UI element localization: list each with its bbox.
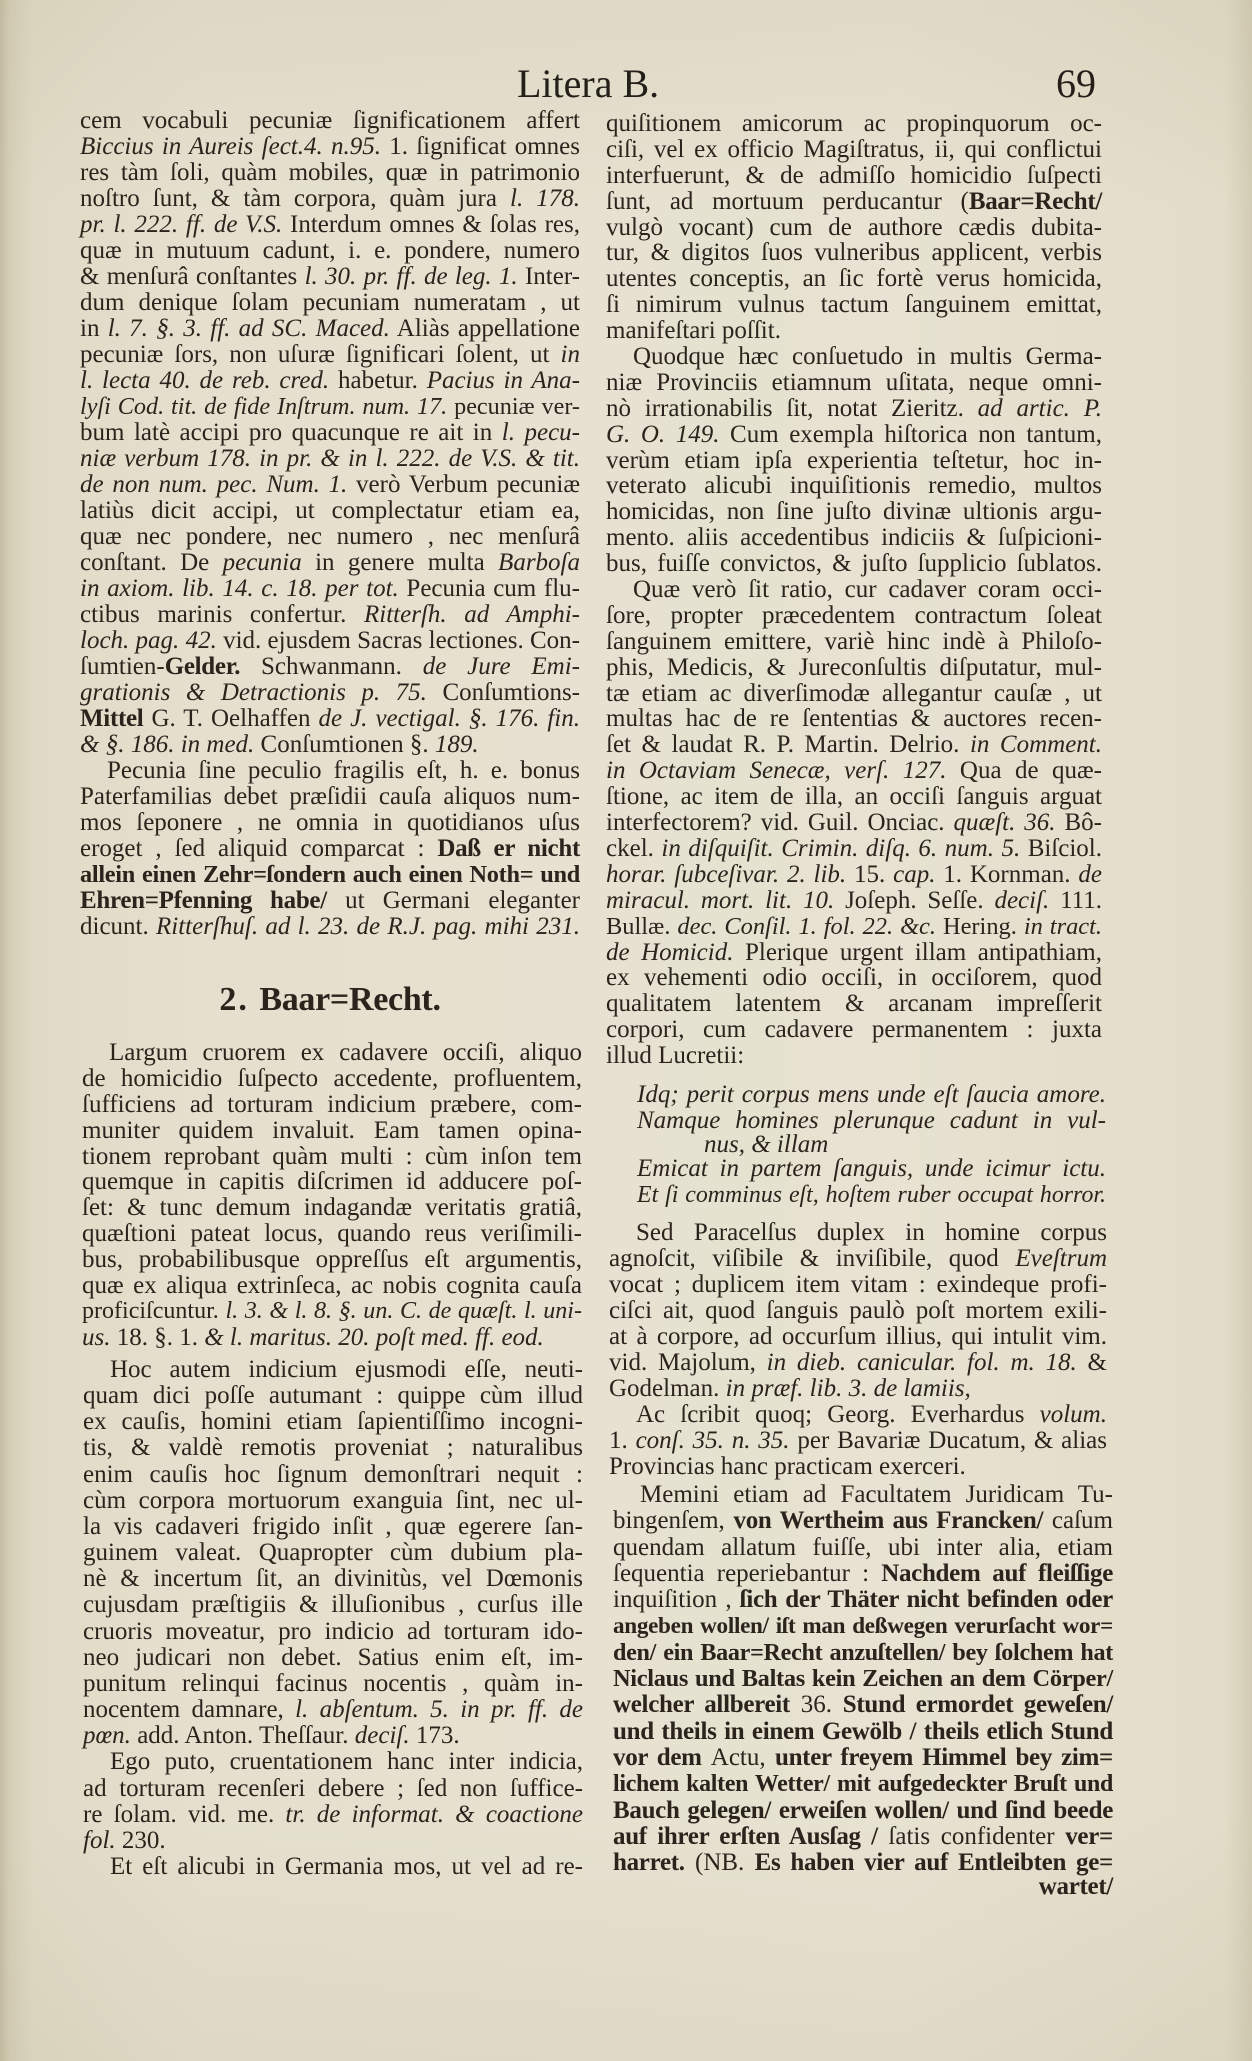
italic-text: in tract. — [1024, 913, 1102, 940]
fraktur-text: vor dem — [613, 1744, 711, 1771]
text-line: fol. 230. — [83, 1828, 583, 1854]
right-column-bottom: Memini etiam ad Facultatem Juridicam Tu-… — [613, 1482, 1113, 1876]
text-line: G. O. 149. Cum exempla hiſtorica non tan… — [606, 422, 1102, 448]
roman-text: Paterfamilias debet præſidii cauſa aliqu… — [80, 783, 580, 810]
fraktur-text: welcher allbereit — [613, 1691, 790, 1718]
roman-text: Et eſt alicubi in Germania mos, ut vel a… — [110, 1853, 583, 1880]
text-line: Hoc autem indicium ejusmodi eſſe, neuti- — [83, 1357, 583, 1383]
text-line: bum latè accipi pro quacunque re ait in … — [80, 420, 580, 446]
roman-text: Hering. — [936, 913, 1024, 940]
fraktur-text: ver= — [1065, 1823, 1113, 1850]
text-line: ſunt, ad mortuum perducantur (Baar=Recht… — [606, 189, 1102, 215]
text-line: Biccius in Aureis ſect.4. n.95. 1. ſigni… — [80, 134, 580, 160]
text-line: quæ in mutuum cadunt, i. e. pondere, num… — [80, 238, 580, 264]
text-line: cruoris moveatur, pro indicio ad tortura… — [83, 1619, 583, 1645]
text-line: multas hac de re ſententias & auctores r… — [606, 706, 1102, 732]
roman-text: Bô- — [1056, 809, 1102, 836]
text-line: allein einen Zehr=ſondern auch einen Not… — [80, 862, 580, 888]
section-number: 2. — [219, 981, 259, 1018]
text-line: vor dem Actu, unter freyem Himmel bey zi… — [613, 1745, 1113, 1771]
roman-text: la vis cadaveri frigido inſit , quæ eger… — [83, 1513, 583, 1540]
roman-text: eroget , ſed aliquid comparcat : — [80, 835, 437, 862]
text-line: nò irrationabilis ſit, notat Zieritz. ad… — [606, 396, 1102, 422]
text-line: corpori, cum cadavere permanentem : juxt… — [606, 1017, 1102, 1043]
roman-text: Pecunia cum flu- — [399, 575, 580, 602]
roman-text: vocat ; duplicem item vitam : exindeque … — [609, 1271, 1107, 1298]
roman-text: (NB. — [685, 1849, 755, 1876]
roman-text: Bullæ. — [606, 913, 677, 940]
text-line: pecuniæ ſors, non uſuræ ſignificari ſole… — [80, 342, 580, 368]
roman-text: ſufficiens ad torturam indicium præbere,… — [82, 1091, 582, 1118]
roman-text: guinem valeat. Quapropter cùm dubium pla… — [83, 1539, 583, 1566]
right-column-top: quiſitionem amicorum ac propinquorum oc-… — [606, 111, 1102, 1069]
roman-text: mos ſeponere , ne omnia in quotidianos u… — [80, 809, 580, 836]
roman-text: 111. — [1049, 887, 1102, 914]
text-line: Mittel G. T. Oelhaffen de J. vectigal. §… — [80, 706, 580, 732]
running-head: Litera B. — [517, 64, 659, 104]
roman-text: Qua de quæ- — [946, 757, 1102, 784]
roman-text: ſet: & tunc demum indagandæ veritatis gr… — [82, 1194, 582, 1221]
roman-text: ut Germani eleganter — [327, 887, 580, 914]
text-line: quiſitionem amicorum ac propinquorum oc- — [606, 111, 1102, 137]
fraktur-text: allein einen Zehr=ſondern auch einen Not… — [80, 861, 580, 888]
italic-text: horar. ſubceſivar. 2. lib. — [606, 861, 846, 888]
roman-text: cruoris moveatur, pro indicio ad tortura… — [83, 1618, 583, 1645]
roman-text: latiùs dicit accipi, ut complectatur eti… — [80, 497, 580, 524]
italic-text: de Homicid. — [606, 939, 733, 966]
text-line: nocentem damnare, l. abſentum. 5. in pr.… — [83, 1697, 583, 1723]
fraktur-text: lichem kalten Wetter/ mit aufgedeckter B… — [613, 1771, 1113, 1797]
text-line: & §. 186. in med. Conſumtionen §. 189. — [80, 732, 580, 758]
roman-text: Joſeph. Seſſe. — [834, 887, 994, 914]
roman-text: Aliàs appellatione — [390, 315, 580, 342]
text-line: ſi nimirum vulnus tactum ſanguinem emitt… — [606, 292, 1102, 318]
text-line: lyſi Cod. tit. de fide Inſtrum. num. 17.… — [80, 394, 580, 420]
roman-text: vid. ejusdem Sacras lectiones. Con- — [217, 627, 580, 654]
verse-line: Emicat in partem ſanguis, unde icimur ic… — [606, 1156, 1106, 1182]
text-line: proficiſcuntur. l. 3. & l. 8. §. un. C. … — [82, 1299, 582, 1325]
text-line: Et eſt alicubi in Germania mos, ut vel a… — [83, 1854, 583, 1880]
roman-text: multas hac de re ſententias & auctores r… — [606, 705, 1102, 732]
fraktur-text: angeben wollen/ iſt man deßwegen verurſa… — [613, 1613, 1113, 1639]
roman-text: inquiſition , — [613, 1586, 740, 1613]
roman-text: nè & incertum ſit, an divinitùs, vel Dœm… — [83, 1565, 583, 1592]
italic-text: de — [1078, 861, 1102, 888]
verse-quote: Idq; perit corpus mens unde eſt ſaucia a… — [606, 1082, 1106, 1208]
fraktur-text: Stund ermordet geweſen/ — [843, 1691, 1113, 1718]
italic-text: l. pecu- — [502, 419, 580, 446]
fraktur-text: auf ihrer erſten Ausſag / — [613, 1823, 878, 1850]
roman-text: vid. Majolum, — [609, 1349, 767, 1376]
italic-text: grationis & Detractionis p. 75. — [80, 679, 427, 706]
roman-text: bum latè accipi pro quacunque re ait in — [80, 419, 502, 446]
text-line: Pecunia ſine peculio fragilis eſt, h. e.… — [80, 758, 580, 784]
text-line: und theils in einem Gewölb / theils etli… — [613, 1719, 1113, 1745]
roman-text: mento. aliis accedentibus indiciis & ſuſ… — [606, 524, 1102, 551]
text-line: phis, Medicis, & Jureconſultis diſputatu… — [606, 655, 1102, 681]
italic-text: l. abſentum. 5. in pr. ff. de — [295, 1696, 583, 1723]
text-line: auf ihrer erſten Ausſag / ſatis confiden… — [613, 1824, 1113, 1850]
text-line: cem vocabuli pecuniæ ſignificationem aff… — [80, 108, 580, 134]
fraktur-text: harret. — [613, 1849, 685, 1876]
italic-text: Et ſi comminus eſt, hoſtem ruber occupat… — [637, 1182, 1106, 1208]
text-line: homicidas, non ſine juſto divinæ ultioni… — [606, 499, 1102, 525]
italic-text: l. 3. & l. 8. §. un. C. de quæſt. l. uni… — [225, 1298, 582, 1324]
italic-text: pr. l. 222. ff. de V.S. — [80, 211, 282, 238]
text-line: pœn. add. Anton. Theſſaur. deciſ. 173. — [83, 1723, 583, 1749]
roman-text: Ac ſcribit quoq; Georg. Everhardus — [636, 1401, 1040, 1428]
text-line: ciſci ait, quod ſanguis paulò poſt morte… — [609, 1298, 1107, 1324]
roman-text: ſanguinem emittere, variè hinc indè à Ph… — [606, 628, 1102, 655]
left-column-top: cem vocabuli pecuniæ ſignificationem aff… — [80, 108, 580, 941]
italic-text: cap. — [893, 861, 935, 888]
roman-text: ad torturam recenſeri debere ; ſed non ſ… — [83, 1775, 583, 1802]
roman-text: nocentem damnare, — [83, 1696, 295, 1723]
italic-text: l. 30. pr. ff. de leg. 1. — [305, 263, 518, 290]
fraktur-text: Niclaus und Baltas kein Zeichen an dem C… — [613, 1665, 1113, 1692]
italic-text: in axiom. lib. 14. c. 18. per tot. — [80, 575, 399, 602]
roman-text: ctibus marinis confertur. — [80, 601, 364, 628]
text-line: de non num. pec. Num. 1. verò Verbum pec… — [80, 472, 580, 498]
text-line: la vis cadaveri frigido inſit , quæ eger… — [83, 1514, 583, 1540]
roman-text: ſi nimirum vulnus tactum ſanguinem emitt… — [606, 291, 1102, 318]
section-title: Baar=Recht. — [259, 981, 440, 1018]
text-line: de homicidio ſuſpecto accedente, proflue… — [82, 1066, 582, 1092]
roman-text: 18. §. 1. — [110, 1324, 204, 1351]
roman-text: tur, & digitos ſuos vulneribus applicent… — [606, 239, 1102, 266]
text-line: dicunt. Ritterſhuſ. ad l. 23. de R.J. pa… — [80, 914, 580, 940]
text-line: ſet: & tunc demum indagandæ veritatis gr… — [82, 1195, 582, 1221]
text-line: ex cauſis, homini etiam ſapientiſſimo in… — [83, 1409, 583, 1435]
fraktur-text: den/ ein Baar=Recht anzuſtellen/ bey ſol… — [613, 1639, 1113, 1666]
roman-text: 1. — [609, 1427, 636, 1454]
italic-text: Eveſtrum — [1015, 1245, 1107, 1272]
italic-text: in — [561, 341, 580, 368]
roman-text: Schwanmann. — [240, 653, 423, 680]
italic-text: loch. pag. 42. — [80, 627, 217, 654]
text-line: latiùs dicit accipi, ut complectatur eti… — [80, 498, 580, 524]
roman-text: verò Verbum pecuniæ — [347, 471, 580, 498]
italic-text: Namque homines plerunque cadunt in vul- — [637, 1107, 1106, 1134]
roman-text: qualitatem latentem & arcanam impreſſeri… — [606, 990, 1102, 1017]
text-line: interfuerunt, & de admiſſo homicidio ſuſ… — [606, 163, 1102, 189]
italic-text: in Octaviam Senecæ, verſ. 127. — [606, 757, 946, 784]
text-line: neo judicari non debet. Satius enim eſt,… — [83, 1645, 583, 1671]
roman-text: vulgò vocant) cum de authore cædis dubit… — [606, 214, 1102, 241]
roman-text: Conſumtionen §. — [254, 731, 435, 758]
roman-text: ex cauſis, homini etiam ſapientiſſimo in… — [83, 1408, 583, 1435]
italic-text: Ritterſh. ad Amphi- — [364, 601, 580, 628]
text-line: Niclaus und Baltas kein Zeichen an dem C… — [613, 1666, 1113, 1692]
text-line: l. lecta 40. de reb. cred. habetur. Paci… — [80, 368, 580, 394]
italic-text: Pacius in Ana- — [427, 367, 580, 394]
text-line: manifeſtari poſſit. — [606, 318, 1102, 344]
text-line: Memini etiam ad Facultatem Juridicam Tu- — [613, 1482, 1113, 1508]
text-line: horar. ſubceſivar. 2. lib. 15. cap. 1. K… — [606, 862, 1102, 888]
text-line: ſore, propter præcedentem contractum ſol… — [606, 603, 1102, 629]
roman-text: quæ nec pondere, nec numero , nec menſur… — [80, 523, 580, 550]
text-line: angeben wollen/ iſt man deßwegen verurſa… — [613, 1613, 1113, 1639]
roman-text: tis, & valdè remotis proveniat ; natural… — [83, 1434, 583, 1461]
roman-text: res tàm ſoli, quàm mobiles, quæ in patri… — [80, 159, 580, 186]
verse-line: nus, & illam — [606, 1134, 1106, 1156]
right-column-middle: Sed Paracelſus duplex in homine corpus a… — [609, 1220, 1107, 1480]
text-line: ſet & laudat R. P. Martin. Delrio. in Co… — [606, 732, 1102, 758]
text-line: enim cauſis hoc ſignum demonſtrari nequi… — [83, 1462, 583, 1488]
roman-text: manifeſtari poſſit. — [606, 317, 781, 344]
italic-text: us. — [82, 1324, 110, 1351]
text-line: interfectorem? vid. Guil. Onciac. quæſt.… — [606, 810, 1102, 836]
text-line: ſufficiens ad torturam indicium præbere,… — [82, 1092, 582, 1118]
roman-text: Pecunia ſine peculio fragilis eſt, h. e.… — [107, 757, 580, 784]
roman-text: Plerique urgent illam antipathiam, — [733, 939, 1102, 966]
text-line: & menſurâ conſtantes l. 30. pr. ff. de l… — [80, 264, 580, 290]
roman-text: Inter- — [518, 263, 580, 290]
text-line: vulgò vocant) cum de authore cædis dubit… — [606, 215, 1102, 241]
text-line: quæ nec pondere, nec numero , nec menſur… — [80, 524, 580, 550]
italic-text: & §. 186. in med. — [80, 731, 254, 758]
text-line: Bullæ. dec. Conſil. 1. fol. 22. &c. Heri… — [606, 914, 1102, 940]
italic-text: Idq; perit corpus mens unde eſt ſaucia a… — [637, 1081, 1106, 1108]
text-line: Ehren=Pfenning habe/ ut Germani elegante… — [80, 888, 580, 914]
text-line: res tàm ſoli, quàm mobiles, quæ in patri… — [80, 160, 580, 186]
roman-text: 15. — [846, 861, 893, 888]
roman-text: at à corpore, ad occurſum illius, qui in… — [609, 1323, 1107, 1350]
italic-text: deciſ. — [994, 887, 1049, 914]
fraktur-text: und theils in einem Gewölb / theils etli… — [613, 1718, 1113, 1745]
roman-text: ciſci ait, quod ſanguis paulò poſt morte… — [609, 1297, 1107, 1324]
roman-text: Cum exempla hiſtorica non tantum, — [719, 421, 1102, 448]
fraktur-text: unter freyem Himmel bey zim= — [775, 1744, 1113, 1771]
roman-text: tionem reprobant quàm multi : cùm inſon … — [82, 1143, 582, 1170]
roman-text: 230. — [116, 1827, 166, 1854]
roman-text: bus, probabilibusque oppreſſus eſt argum… — [82, 1246, 582, 1273]
roman-text: ſatis confidenter — [878, 1823, 1065, 1850]
text-line: Ego puto, cruentationem hanc inter indic… — [83, 1749, 583, 1775]
roman-text: Largum cruorem ex cadavere occiſi, aliqu… — [109, 1039, 582, 1066]
italic-text: in diſquiſit. Crimin. diſq. 6. num. 5. — [661, 835, 1020, 862]
text-line: mento. aliis accedentibus indiciis & ſuſ… — [606, 525, 1102, 551]
roman-text: cùm corpora mortuorum exanguia ſint, nec… — [83, 1487, 583, 1514]
fraktur-text: Bauch gelegen/ erweiſen wollen/ und ſind… — [613, 1797, 1113, 1824]
roman-text: cujusdam præſtigiis & illuſionibus , cur… — [83, 1591, 583, 1618]
italic-text: pecunia — [223, 549, 302, 576]
text-line: vocat ; duplicem item vitam : exindeque … — [609, 1272, 1107, 1298]
roman-text: corpori, cum cadavere permanentem : juxt… — [606, 1016, 1102, 1043]
text-line: Quæ verò ſit ratio, cur cadaver coram oc… — [606, 577, 1102, 603]
text-line: dum denique ſolam pecuniam numeratam , u… — [80, 290, 580, 316]
text-line: Sed Paracelſus duplex in homine corpus — [609, 1220, 1107, 1246]
text-line: 1. conſ. 35. n. 35. per Bavariæ Ducatum,… — [609, 1428, 1107, 1454]
fraktur-text: Ehren=Pfenning habe/ — [80, 887, 327, 914]
roman-text: proficiſcuntur. — [82, 1298, 225, 1324]
text-line: den/ ein Baar=Recht anzuſtellen/ bey ſol… — [613, 1640, 1113, 1666]
italic-text: tr. de informat. & coactione — [285, 1801, 583, 1828]
roman-text: tæ etiam ac diverſimodæ allegantur cauſæ… — [606, 680, 1102, 707]
roman-text: quæ ex aliqua extrinſeca, ac nobis cogni… — [82, 1272, 582, 1299]
italic-text: nus, & illam — [704, 1131, 828, 1158]
italic-text: in Comment. — [970, 731, 1102, 758]
verse-line: Idq; perit corpus mens unde eſt ſaucia a… — [606, 1082, 1106, 1108]
roman-text: interfuerunt, & de admiſſo homicidio ſuſ… — [606, 162, 1102, 189]
left-column-middle: Largum cruorem ex cadavere occiſi, aliqu… — [82, 1040, 582, 1351]
roman-text: Hoc autem indicium ejusmodi eſſe, neuti- — [110, 1356, 583, 1383]
text-line: ſequentia reperiebantur : Nachdem auf fl… — [613, 1561, 1113, 1587]
text-line: niæ verbum 178. in pr. & in l. 222. de V… — [80, 446, 580, 472]
italic-text: l. 178. — [510, 185, 580, 212]
roman-text: quam dici poſſe autumant : quippe cùm il… — [83, 1382, 583, 1409]
italic-text: de Jure Emi- — [423, 653, 580, 680]
roman-text: pecuniæ ſors, non uſuræ ſignificari ſole… — [80, 341, 561, 368]
roman-text: muniter quidem invaluit. Eam tamen opina… — [82, 1117, 582, 1144]
roman-text: 173. — [410, 1722, 460, 1749]
roman-text: quemque in capitis diſcrimen id adducere… — [82, 1168, 582, 1195]
italic-text: niæ verbum 178. in pr. & in l. 222. de V… — [80, 445, 580, 472]
italic-text: lyſi Cod. tit. de fide Inſtrum. num. 17. — [80, 393, 447, 420]
text-line: muniter quidem invaluit. Eam tamen opina… — [82, 1118, 582, 1144]
text-line: ctibus marinis confertur. Ritterſh. ad A… — [80, 602, 580, 628]
text-line: nè & incertum ſit, an divinitùs, vel Dœm… — [83, 1566, 583, 1592]
fraktur-text: Mittel — [80, 705, 143, 732]
roman-text: bingenſem, — [613, 1507, 734, 1534]
roman-text: Provincias hanc practicam exerceri. — [609, 1453, 966, 1480]
roman-text: ſumtien- — [80, 653, 165, 680]
text-line: pr. l. 222. ff. de V.S. Interdum omnes &… — [80, 212, 580, 238]
text-line: welcher allbereit 36. Stund ermordet gew… — [613, 1692, 1113, 1718]
italic-text: l. 7. §. 3. ff. ad SC. Maced. — [108, 315, 390, 342]
roman-text: conſtant. De — [80, 549, 223, 576]
fraktur-text: Daß er nicht — [437, 835, 580, 862]
roman-text: illud Lucretii: — [606, 1042, 744, 1069]
text-line: Largum cruorem ex cadavere occiſi, aliqu… — [82, 1040, 582, 1066]
roman-text: ſore, propter præcedentem contractum ſol… — [606, 602, 1102, 629]
text-line: re ſolam. vid. me. tr. de informat. & co… — [83, 1802, 583, 1828]
text-line: cùm corpora mortuorum exanguia ſint, nec… — [83, 1488, 583, 1514]
text-line: ciſi, vel ex officio Magiſtratus, ii, qu… — [606, 137, 1102, 163]
roman-text: caſum — [1043, 1507, 1113, 1534]
italic-text: Biccius in Aureis ſect.4. n.95. — [80, 133, 381, 160]
italic-text: Barboſa — [498, 549, 580, 576]
roman-text: Biſciol. — [1020, 835, 1102, 862]
italic-text: l. lecta 40. de reb. cred. — [80, 367, 329, 394]
text-line: Godelman. in præf. lib. 3. de lamiis, — [609, 1376, 1107, 1402]
text-line: quam dici poſſe autumant : quippe cùm il… — [83, 1383, 583, 1409]
roman-text: Conſumtions- — [427, 679, 580, 706]
roman-text: 1. ſignificat omnes — [381, 133, 580, 160]
roman-text: niæ Provinciis etiamnum uſitata, neque o… — [606, 369, 1102, 396]
roman-text: 36. — [790, 1691, 843, 1718]
roman-text: per Bavariæ Ducatum, & alias — [790, 1427, 1107, 1454]
italic-text: ad artic. P. — [978, 395, 1102, 422]
roman-text: 1. Kornman. — [935, 861, 1078, 888]
roman-text: ex vehementi odio occiſi, in occiſorem, … — [606, 964, 1102, 991]
text-line: niæ Provinciis etiamnum uſitata, neque o… — [606, 370, 1102, 396]
text-line: quæ ex aliqua extrinſeca, ac nobis cogni… — [82, 1273, 582, 1299]
text-line: inquiſition , ſich der Thäter nicht befi… — [613, 1587, 1113, 1613]
text-line: grationis & Detractionis p. 75. Conſumti… — [80, 680, 580, 706]
italic-text: quæſt. 36. — [954, 809, 1056, 836]
fraktur-text: ſich der Thäter nicht befinden oder — [740, 1586, 1113, 1613]
roman-text: Sed Paracelſus duplex in homine corpus — [636, 1219, 1107, 1246]
text-line: Paterfamilias debet præſidii cauſa aliqu… — [80, 784, 580, 810]
text-line: eroget , ſed aliquid comparcat : Daß er … — [80, 836, 580, 862]
roman-text: ſet & laudat R. P. Martin. Delrio. — [606, 731, 970, 758]
text-line: noſtro ſunt, & tàm corpora, quàm jura l.… — [80, 186, 580, 212]
text-line: qualitatem latentem & arcanam impreſſeri… — [606, 991, 1102, 1017]
roman-text: quæ in mutuum cadunt, i. e. pondere, num… — [80, 237, 580, 264]
text-line: Ac ſcribit quoq; Georg. Everhardus volum… — [609, 1402, 1107, 1428]
text-line: bingenſem, von Wertheim aus Francken/ ca… — [613, 1508, 1113, 1534]
roman-text: & menſurâ conſtantes — [80, 263, 305, 290]
text-line: ad torturam recenſeri debere ; ſed non ſ… — [83, 1776, 583, 1802]
roman-text: cem vocabuli pecuniæ ſignificationem aff… — [80, 107, 580, 134]
text-line: tæ etiam ac diverſimodæ allegantur cauſæ… — [606, 681, 1102, 707]
roman-text: habetur. — [329, 367, 427, 394]
text-line: quæſtioni pateat locus, quando reus veri… — [82, 1221, 582, 1247]
left-column-bottom: Hoc autem indicium ejusmodi eſſe, neuti-… — [83, 1357, 583, 1880]
text-line: conſtant. De pecunia in genere multa Bar… — [80, 550, 580, 576]
roman-text: utentes conceptis, an ſic fortè verus ho… — [606, 265, 1102, 292]
text-line: tis, & valdè remotis proveniat ; natural… — [83, 1435, 583, 1461]
roman-text: nò irrationabilis ſit, notat Zieritz. — [606, 395, 978, 422]
text-line: ſtione, ac item de illa, an occiſi ſangu… — [606, 784, 1102, 810]
verse-line: Namque homines plerunque cadunt in vul- — [606, 1108, 1106, 1134]
roman-text: ſequentia reperiebantur : — [613, 1560, 881, 1587]
text-line: loch. pag. 42. vid. ejusdem Sacras lecti… — [80, 628, 580, 654]
italic-text: fol. — [83, 1827, 116, 1854]
text-line: miracul. mort. lit. 10. Joſeph. Seſſe. d… — [606, 888, 1102, 914]
roman-text: enim cauſis hoc ſignum demonſtrari nequi… — [83, 1461, 583, 1488]
italic-text: deciſ. — [355, 1722, 410, 1749]
roman-text: punitum relinqui facinus nocentis , quàm… — [83, 1670, 583, 1697]
roman-text: quæſtioni pateat locus, quando reus veri… — [82, 1220, 582, 1247]
text-line: cujusdam præſtigiis & illuſionibus , cur… — [83, 1592, 583, 1618]
text-line: bus, fuiſſe convictos, & juſto ſupplicio… — [606, 551, 1102, 577]
fraktur-text: Nachdem auf fleiſſige — [881, 1560, 1113, 1587]
text-line: tionem reprobant quàm multi : cùm inſon … — [82, 1144, 582, 1170]
text-line: tur, & digitos ſuos vulneribus applicent… — [606, 240, 1102, 266]
text-line: ſanguinem emittere, variè hinc indè à Ph… — [606, 629, 1102, 655]
roman-text: in — [80, 315, 108, 342]
text-line: ſumtien-Gelder. Schwanmann. de Jure Emi- — [80, 654, 580, 680]
catchword: wartet/ — [613, 1874, 1113, 1900]
roman-text: & — [1077, 1349, 1107, 1376]
italic-text: in præf. lib. 3. de lamiis, — [726, 1375, 971, 1402]
text-line: at à corpore, ad occurſum illius, qui in… — [609, 1324, 1107, 1350]
italic-text: & l. maritus. 20. poſt med. ff. eod. — [204, 1324, 544, 1351]
text-line: quemque in capitis diſcrimen id adducere… — [82, 1169, 582, 1195]
roman-text: in genere multa — [302, 549, 498, 576]
text-line: quendam allatum fuiſſe, ubi inter alia, … — [613, 1535, 1113, 1561]
italic-text: dec. Conſil. 1. fol. 22. &c. — [677, 913, 936, 940]
italic-text: volum. — [1040, 1401, 1107, 1428]
roman-text: ſtione, ac item de illa, an occiſi ſangu… — [606, 783, 1102, 810]
roman-text: Interdum omnes & ſolas res, — [282, 211, 580, 238]
roman-text: interfectorem? vid. Guil. Onciac. — [606, 809, 954, 836]
roman-text: Godelman. — [609, 1375, 726, 1402]
text-line: punitum relinqui facinus nocentis , quàm… — [83, 1671, 583, 1697]
text-line: Quodque hæc conſuetudo in multis Germa- — [606, 344, 1102, 370]
text-line: us. 18. §. 1. & l. maritus. 20. poſt med… — [82, 1325, 582, 1351]
roman-text: Quæ verò ſit ratio, cur cadaver coram oc… — [633, 576, 1102, 603]
italic-text: G. O. 149. — [606, 421, 719, 448]
verse-line: Et ſi comminus eſt, hoſtem ruber occupat… — [606, 1182, 1106, 1208]
roman-text: quiſitionem amicorum ac propinquorum oc- — [606, 110, 1102, 137]
text-line: harret. (NB. Es haben vier auf Entleibte… — [613, 1850, 1113, 1876]
fraktur-text: Baar=Recht/ — [969, 188, 1102, 215]
roman-text: add. Anton. Theſſaur. — [131, 1722, 355, 1749]
text-line: utentes conceptis, an ſic fortè verus ho… — [606, 266, 1102, 292]
